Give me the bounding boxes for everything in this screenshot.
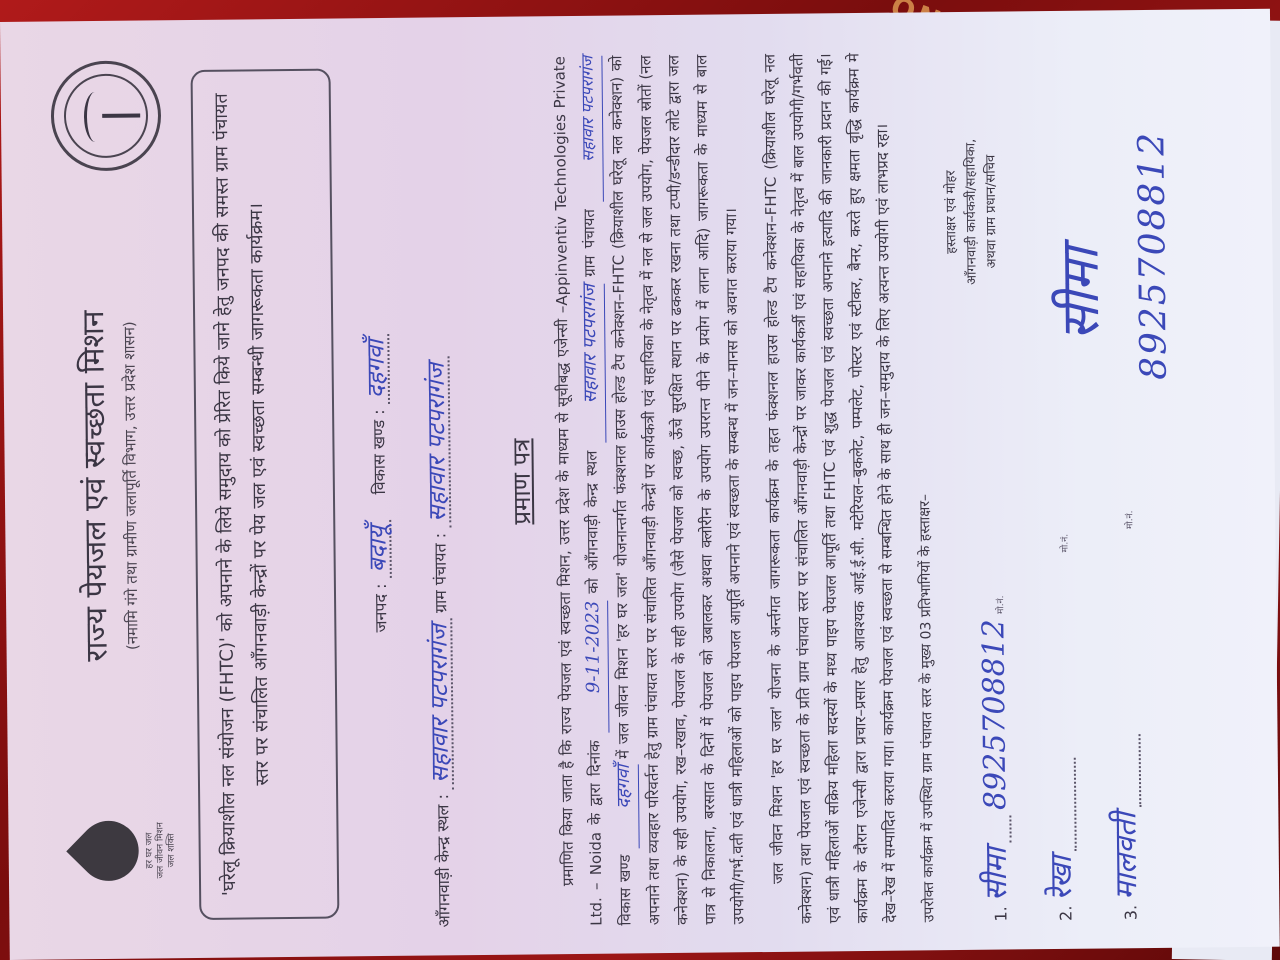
vikas-khand-label: विकास खण्ड : (369, 409, 389, 494)
program-title-box: 'घरेलू क्रियाशील नल संयोजन (FHTC)' को अप… (191, 69, 340, 920)
participant-3-signature: 3. मालवती मो.नं. (1100, 510, 1145, 920)
anganwadi-worker-phone: 8925708812 (1131, 131, 1175, 380)
participant-name: रेखा (1044, 856, 1079, 901)
program-date: 9-11-2023 (579, 601, 609, 734)
anganwadi-worker-signature: सीमा (1042, 247, 1114, 341)
block-value: दहगवाँ (610, 765, 640, 849)
certificate-page: हर घर जल जल जीवन मिशन जल शक्ति राज्य पेय… (10, 9, 1260, 952)
up-government-emblem-icon (50, 60, 161, 171)
gram-panchayat-value: सहावार पटपरागंज (422, 363, 452, 522)
anganwadi-value: सहावार पटपरागंज (424, 624, 454, 783)
para1-text: को आँगनवाड़ी केन्द्र स्थल (583, 451, 602, 594)
participants-intro: उपरोक्त कार्यक्रम में उपस्थित ग्राम पंचा… (910, 22, 938, 922)
participant-phone: 8925708812 (976, 619, 1013, 810)
certificate-paragraph-1: प्रमाणित किया जाता है कि राज्य पेयजल एवं… (545, 54, 752, 926)
participant-1-signature: 1. सीमा 8925708812 मो.नं. (971, 595, 1015, 921)
vikas-khand-value: दहगवाँ (361, 340, 390, 399)
participant-name: मालवती (1108, 812, 1144, 900)
certificate-paper: हर घर जल जल जीवन मिशन जल शक्ति राज्य पेय… (0, 9, 1280, 960)
participant-number: 1. (991, 906, 1010, 921)
centre-value: सहावार पटपरागंज (576, 284, 607, 443)
anganwadi-label: आँगनवाड़ी केन्द्र स्थल : (433, 794, 453, 928)
phone-label: मो.नं. (1060, 534, 1070, 553)
stamp-line: अथवा ग्राम प्रधान/सचिव (980, 62, 1003, 362)
participant-number: 3. (1121, 905, 1140, 920)
janpad-value: बदायूँ (363, 526, 391, 573)
signature-stamp-label: हस्ताक्षर एवं मोहर आँगनवाड़ी कार्यकत्री/… (940, 62, 1003, 363)
centre-panchayat-row: आँगनवाड़ी केन्द्र स्थल : सहावार पटपरागंज… (415, 17, 458, 947)
participant-name: सीमा (979, 847, 1015, 901)
letterhead: हर घर जल जल जीवन मिशन जल शक्ति राज्य पेय… (10, 20, 190, 952)
participant-2-signature: 2. रेखा मो.नं. (1035, 534, 1080, 921)
para1-text: ग्राम पंचायत (580, 209, 599, 277)
district-block-row: जनपद : बदायूँ विकास खण्ड : दहगवाँ (355, 18, 398, 948)
certificate-title: प्रमाण पत्र (500, 16, 543, 946)
participant-number: 2. (1056, 906, 1075, 921)
gp-value: सहावार पटपरागंज (573, 56, 604, 202)
gram-panchayat-label: ग्राम पंचायत : (430, 533, 450, 613)
logo-caption-line: जल शक्ति (166, 790, 178, 910)
phone-label: मो.नं. (1125, 511, 1135, 530)
para1-text: विकास खण्ड (616, 854, 635, 925)
certificate-paragraph-2: जल जीवन मिशन 'हर घर जल' योजना के अर्न्तग… (755, 53, 904, 924)
phone-label: मो.नं. (996, 596, 1006, 615)
janpad-label: जनपद : (371, 583, 391, 632)
